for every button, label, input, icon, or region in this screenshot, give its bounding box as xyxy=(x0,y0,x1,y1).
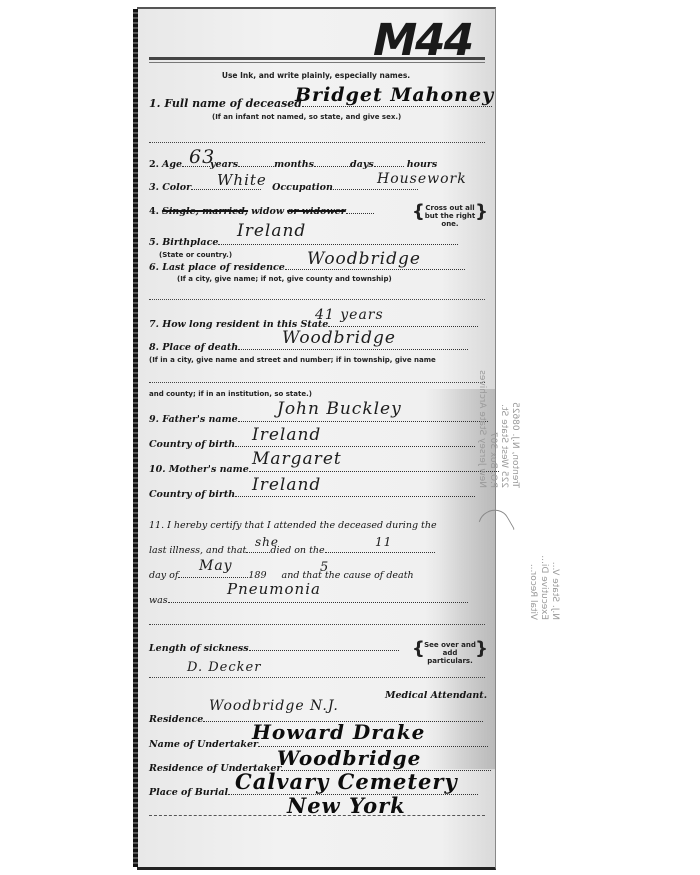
label: Country of birth xyxy=(149,439,235,450)
bleed-through-stamp-2: N.J. State V... Executive Di... Vital Re… xyxy=(527,555,560,620)
value-residence: Woodbridge xyxy=(307,249,421,269)
bleed-through-stamp: Trenton, N.J. 08625 225 West State St. P… xyxy=(476,370,520,488)
value-place-of-death: Woodbridge xyxy=(282,328,396,348)
label: 8. Place of death xyxy=(149,342,238,353)
value-mother-name: Margaret xyxy=(252,449,342,469)
value-birthplace: Ireland xyxy=(237,221,306,241)
value-day: 11 xyxy=(375,535,392,549)
instructions: Use Ink, and write plainly, especially n… xyxy=(137,71,495,80)
value-undertaker: Howard Drake xyxy=(252,720,425,744)
certification-line-1: 11. I hereby certify that I attended the… xyxy=(149,520,487,531)
blank-line xyxy=(149,142,485,143)
note-residence: (If a city, give name; if not, give coun… xyxy=(177,275,392,283)
value-color: White xyxy=(217,171,267,189)
value-mother-birth: Ireland xyxy=(252,475,321,495)
label: Length of sickness xyxy=(149,643,249,654)
label: Country of birth xyxy=(149,489,235,500)
note-cross-out: Cross out all but the right one. xyxy=(420,204,480,228)
value-undertaker-residence: Woodbridge xyxy=(277,746,421,770)
blank-line xyxy=(149,382,485,383)
label: 1. Full name of deceased xyxy=(149,97,302,110)
value-month: May xyxy=(199,558,233,574)
note-place-of-death-2: and county; if in an institution, so sta… xyxy=(149,390,312,398)
value-resident-duration: 41 years xyxy=(315,307,384,323)
note-place-of-death: (If in a city, give name and street and … xyxy=(149,356,436,364)
label: Name of Undertaker xyxy=(149,739,258,750)
value-full-name: Bridget Mahoney xyxy=(295,84,494,106)
value-cause-of-death: Pneumonia xyxy=(227,580,321,598)
note-birthplace: (State or country.) xyxy=(159,251,232,259)
value-pronoun: she xyxy=(255,535,279,549)
death-certificate-form: M44 Use Ink, and write plainly, especial… xyxy=(137,7,496,870)
field-birthplace: 5. Birthplace xyxy=(149,237,487,248)
record-number-stamp: M44 xyxy=(368,15,478,66)
value-attendant-residence: Woodbridge N.J. xyxy=(209,698,339,714)
label: Place of Burial xyxy=(149,787,228,798)
note-see-over: See over and add particulars. xyxy=(420,641,480,665)
label: 3. Color xyxy=(149,182,191,193)
value-age: 63 xyxy=(189,146,215,168)
label: Age xyxy=(162,159,182,170)
blank-line xyxy=(149,299,485,300)
label: Residence xyxy=(149,714,203,725)
blank-line xyxy=(149,624,485,625)
value-burial: Calvary Cemetery xyxy=(235,769,458,794)
label: 6. Last place of residence xyxy=(149,262,285,273)
value-occupation: Housework xyxy=(377,171,467,187)
label: 9. Father's name xyxy=(149,414,238,425)
value-father-birth: Ireland xyxy=(252,425,321,445)
value-father-name: John Buckley xyxy=(277,399,402,419)
label: 10. Mother's name xyxy=(149,464,249,475)
note-full-name: (If an infant not named, so state, and g… xyxy=(212,113,401,121)
attendant-signature: D. Decker xyxy=(187,660,261,675)
value-year-digit: 5 xyxy=(320,560,329,575)
label: 5. Birthplace xyxy=(149,237,218,248)
certification-line-2: last illness, and thatdied on the xyxy=(149,545,487,556)
blank-line xyxy=(149,815,485,816)
signature-line xyxy=(149,677,485,678)
